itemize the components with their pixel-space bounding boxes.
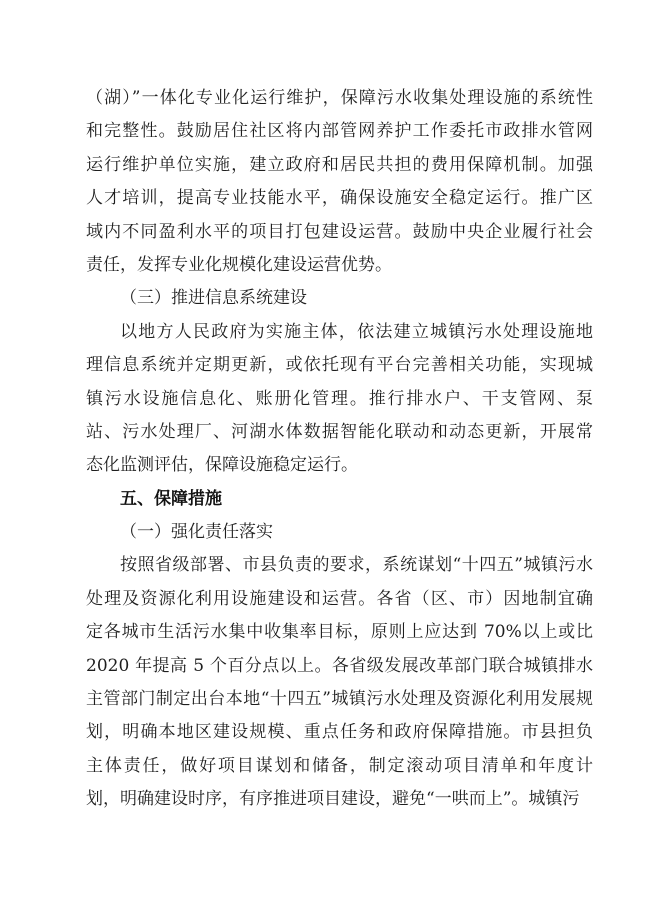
- text-line: 和完整性。鼓励居住社区将内部管网养护工作委托市政排水管网: [86, 115, 593, 148]
- text-line: 划，明确本地区建设规模、重点任务和政府保障措施。市县担负: [86, 716, 593, 749]
- text-line: 主体责任，做好项目谋划和储备，制定滚动项目清单和年度计: [86, 750, 593, 783]
- text-line: 2020 年提高 5 个百分点以上。各省级发展改革部门联合城镇排水: [86, 650, 593, 683]
- section-heading: 五、保障措施: [86, 483, 593, 516]
- subsection-heading: （一）强化责任落实: [86, 516, 593, 549]
- text-line: 五、保障措施: [86, 483, 593, 516]
- document-page: （湖）”一体化专业化运行维护，保障污水收集处理设施的系统性和完整性。鼓励居住社区…: [0, 0, 659, 921]
- text-line: （湖）”一体化专业化运行维护，保障污水收集处理设施的系统性: [86, 82, 593, 115]
- text-line: 人才培训，提高专业技能水平，确保设施安全稳定运行。推广区: [86, 182, 593, 215]
- text-line: （一）强化责任落实: [86, 516, 593, 549]
- text-line: 处理及资源化利用设施建设和运营。各省（区、市）因地制宜确: [86, 583, 593, 616]
- text-line: 划，明确建设时序，有序推进项目建设，避免“一哄而上”。城镇污: [86, 783, 593, 816]
- subsection-heading: （三）推进信息系统建设: [86, 282, 593, 315]
- text-line: 站、污水处理厂、河湖水体数据智能化联动和动态更新，开展常: [86, 416, 593, 449]
- text-line: 责任，发挥专业化规模化建设运营优势。: [86, 249, 593, 282]
- paragraph: （湖）”一体化专业化运行维护，保障污水收集处理设施的系统性和完整性。鼓励居住社区…: [86, 82, 593, 282]
- text-line: 镇污水设施信息化、账册化管理。推行排水户、干支管网、泵: [86, 383, 593, 416]
- text-line: 主管部门制定出台本地“十四五”城镇污水处理及资源化利用发展规: [86, 683, 593, 716]
- text-line: 态化监测评估，保障设施稳定运行。: [86, 449, 593, 482]
- text-line: 运行维护单位实施，建立政府和居民共担的费用保障机制。加强: [86, 149, 593, 182]
- text-line: 按照省级部署、市县负责的要求，系统谋划“十四五”城镇污水: [86, 549, 593, 582]
- text-line: 以地方人民政府为实施主体，依法建立城镇污水处理设施地: [86, 316, 593, 349]
- text-line: （三）推进信息系统建设: [86, 282, 593, 315]
- text-line: 域内不同盈利水平的项目打包建设运营。鼓励中央企业履行社会: [86, 216, 593, 249]
- paragraph: 按照省级部署、市县负责的要求，系统谋划“十四五”城镇污水处理及资源化利用设施建设…: [86, 549, 593, 816]
- text-line: 定各城市生活污水集中收集率目标，原则上应达到 70%以上或比: [86, 616, 593, 649]
- paragraph: 以地方人民政府为实施主体，依法建立城镇污水处理设施地理信息系统并定期更新，或依托…: [86, 316, 593, 483]
- text-line: 理信息系统并定期更新，或依托现有平台完善相关功能，实现城: [86, 349, 593, 382]
